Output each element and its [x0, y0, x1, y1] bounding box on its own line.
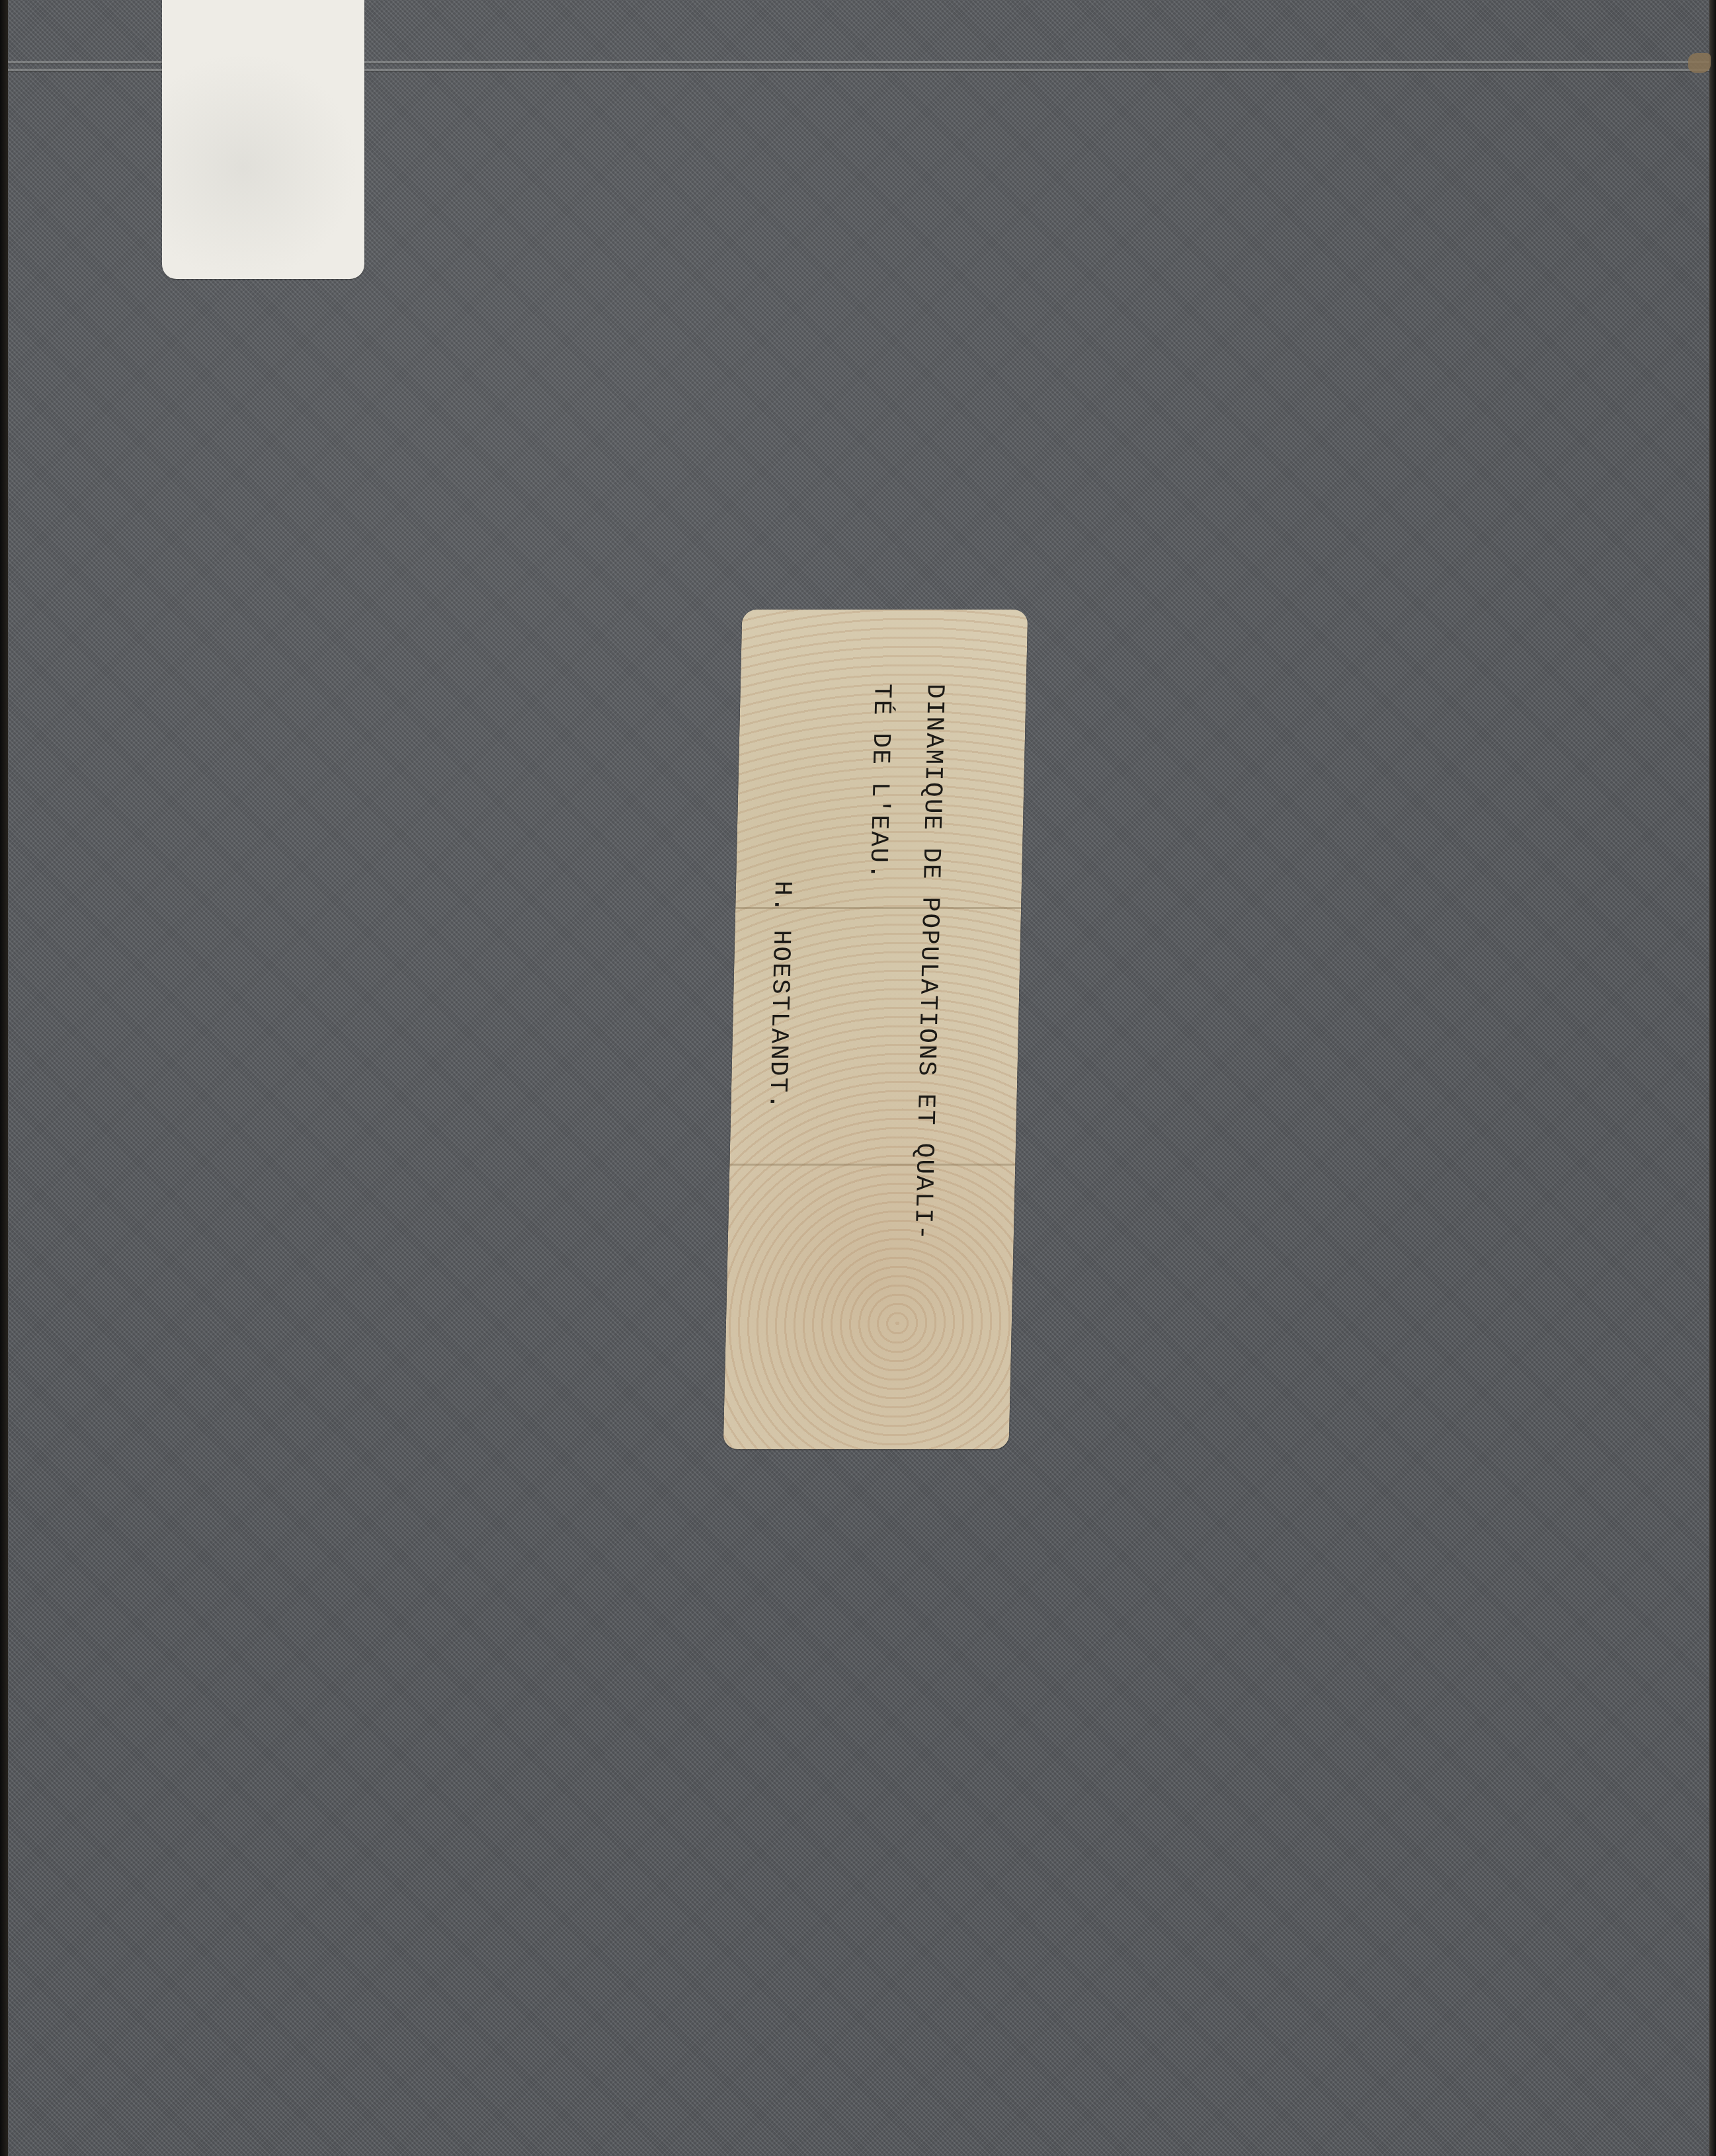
label-crease [729, 1164, 1015, 1166]
title-line-2: TÉ DE L'EAU. [863, 684, 896, 881]
blank-white-sticker [162, 0, 364, 279]
title-line-1: DINAMIQUE DE POPULATIONS ET QUALI- [908, 684, 949, 1241]
title-label: DINAMIQUE DE POPULATIONS ET QUALI- TÉ DE… [723, 610, 1028, 1449]
author-name: H. HOESTLANDT. [762, 881, 796, 1110]
book-right-edge [1709, 0, 1716, 2156]
corner-wear [1688, 53, 1711, 73]
